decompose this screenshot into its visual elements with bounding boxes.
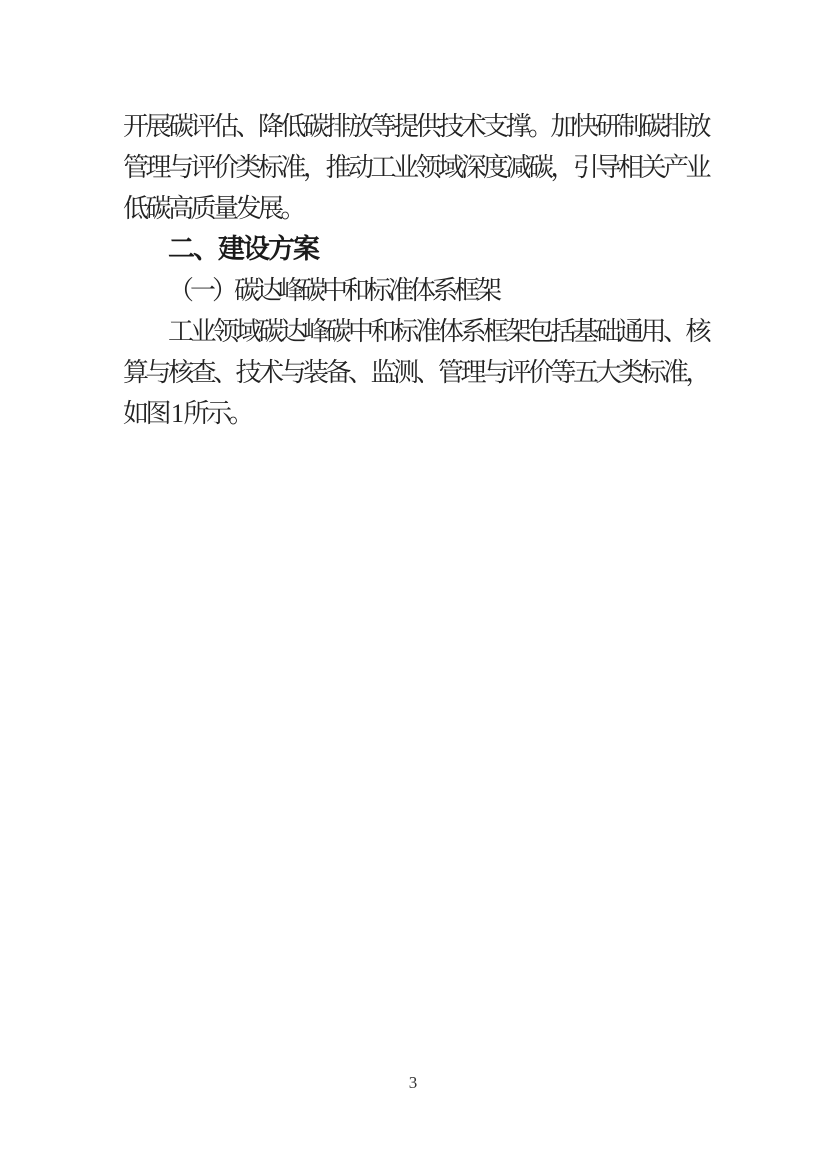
paragraph-continuation-line-1: 开展碳评估、降低碳排放等提供技术支撑。加快研制碳排放 — [123, 106, 708, 147]
document-body: 开展碳评估、降低碳排放等提供技术支撑。加快研制碳排放 管理与评价类标准，推动工业… — [123, 106, 708, 434]
framework-paragraph-line-2: 算与核查、技术与装备、监测、管理与评价等五大类标准， — [123, 352, 708, 393]
page-footer: 3 — [0, 1073, 826, 1093]
document-page: 开展碳评估、降低碳排放等提供技术支撑。加快研制碳排放 管理与评价类标准，推动工业… — [0, 0, 826, 1169]
paragraph-continuation-line-2: 管理与评价类标准，推动工业领域深度减碳，引导相关产业 — [123, 147, 708, 188]
framework-paragraph-line-1: 工业领域碳达峰碳中和标准体系框架包括基础通用、核 — [123, 311, 708, 352]
framework-paragraph-line-3: 如图 1 所示。 — [123, 393, 708, 434]
paragraph-continuation-line-3: 低碳高质量发展。 — [123, 188, 708, 229]
section-heading: 二、建设方案 — [123, 229, 708, 270]
subsection-heading: （一）碳达峰碳中和标准体系框架 — [123, 270, 708, 311]
page-number: 3 — [409, 1073, 418, 1092]
